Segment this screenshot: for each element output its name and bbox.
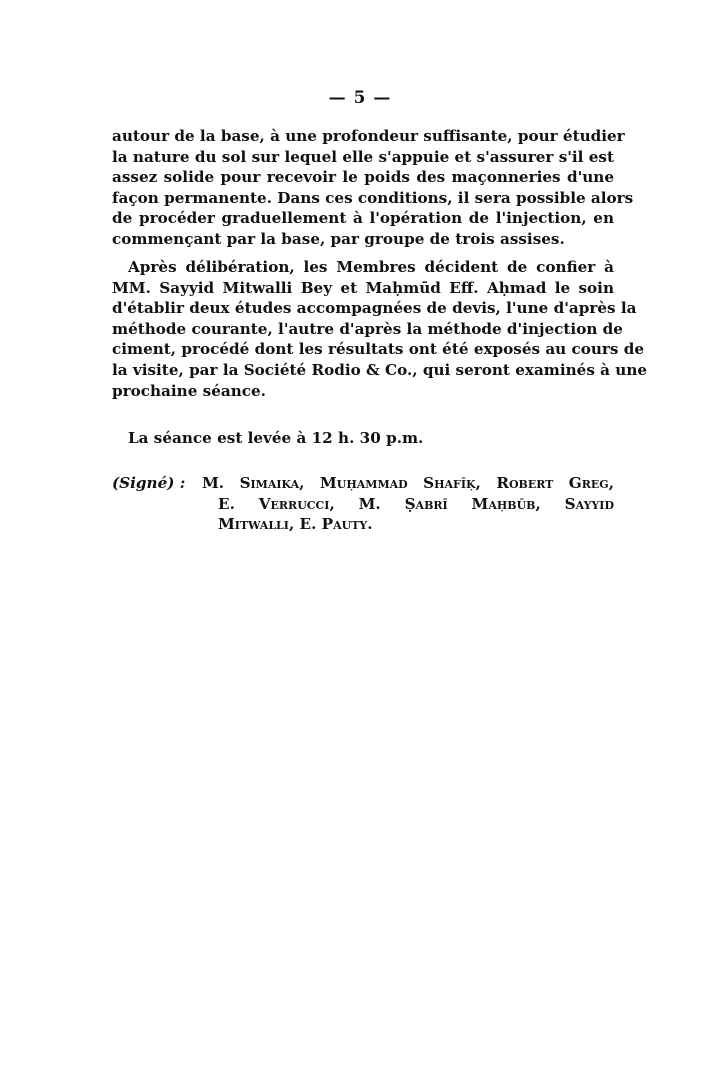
text-line: commençant par la base, par groupe de tr… bbox=[112, 229, 614, 250]
text-line: autour de la base, à une profondeur suff… bbox=[112, 126, 614, 147]
paragraph-1: autour de la base, à une profondeur suff… bbox=[112, 126, 614, 250]
text-line: Après délibération, les Membres décident… bbox=[112, 257, 614, 278]
signatory-line: E. Verrucci, M. Ṣabrī Maḥbūb, Sayyid bbox=[202, 494, 614, 515]
signatory-line: Mitwalli, E. Pauty. bbox=[202, 514, 614, 535]
signature-label: (Signé) : bbox=[112, 473, 185, 494]
text-line: d'établir deux études accompagnées de de… bbox=[112, 298, 614, 319]
text-line: La séance est levée à 12 h. 30 p.m. bbox=[112, 428, 614, 449]
text-line: la nature du sol sur lequel elle s'appui… bbox=[112, 147, 614, 168]
page-number: — 5 — bbox=[0, 88, 720, 108]
text-line: méthode courante, l'autre d'après la mét… bbox=[112, 319, 614, 340]
text-line: de procéder graduellement à l'opération … bbox=[112, 208, 614, 229]
text-line: MM. Sayyid Mitwalli Bey et Maḥmūd Eff. A… bbox=[112, 278, 614, 299]
text-line: la visite, par la Société Rodio & Co., q… bbox=[112, 360, 614, 381]
closing-statement: La séance est levée à 12 h. 30 p.m. bbox=[112, 428, 614, 449]
paragraph-2: Après délibération, les Membres décident… bbox=[112, 257, 614, 401]
text-line: façon permanente. Dans ces conditions, i… bbox=[112, 188, 614, 209]
text-line: prochaine séance. bbox=[112, 381, 614, 402]
text-line: ciment, procédé dont les résultats ont é… bbox=[112, 339, 614, 360]
signatory-line: M. Simaika, Muḥammad Shafīḳ, Robert Greg… bbox=[202, 473, 614, 494]
text-line: assez solide pour recevoir le poids des … bbox=[112, 167, 614, 188]
signature-block: (Signé) : M. Simaika, Muḥammad Shafīḳ, R… bbox=[112, 473, 614, 543]
